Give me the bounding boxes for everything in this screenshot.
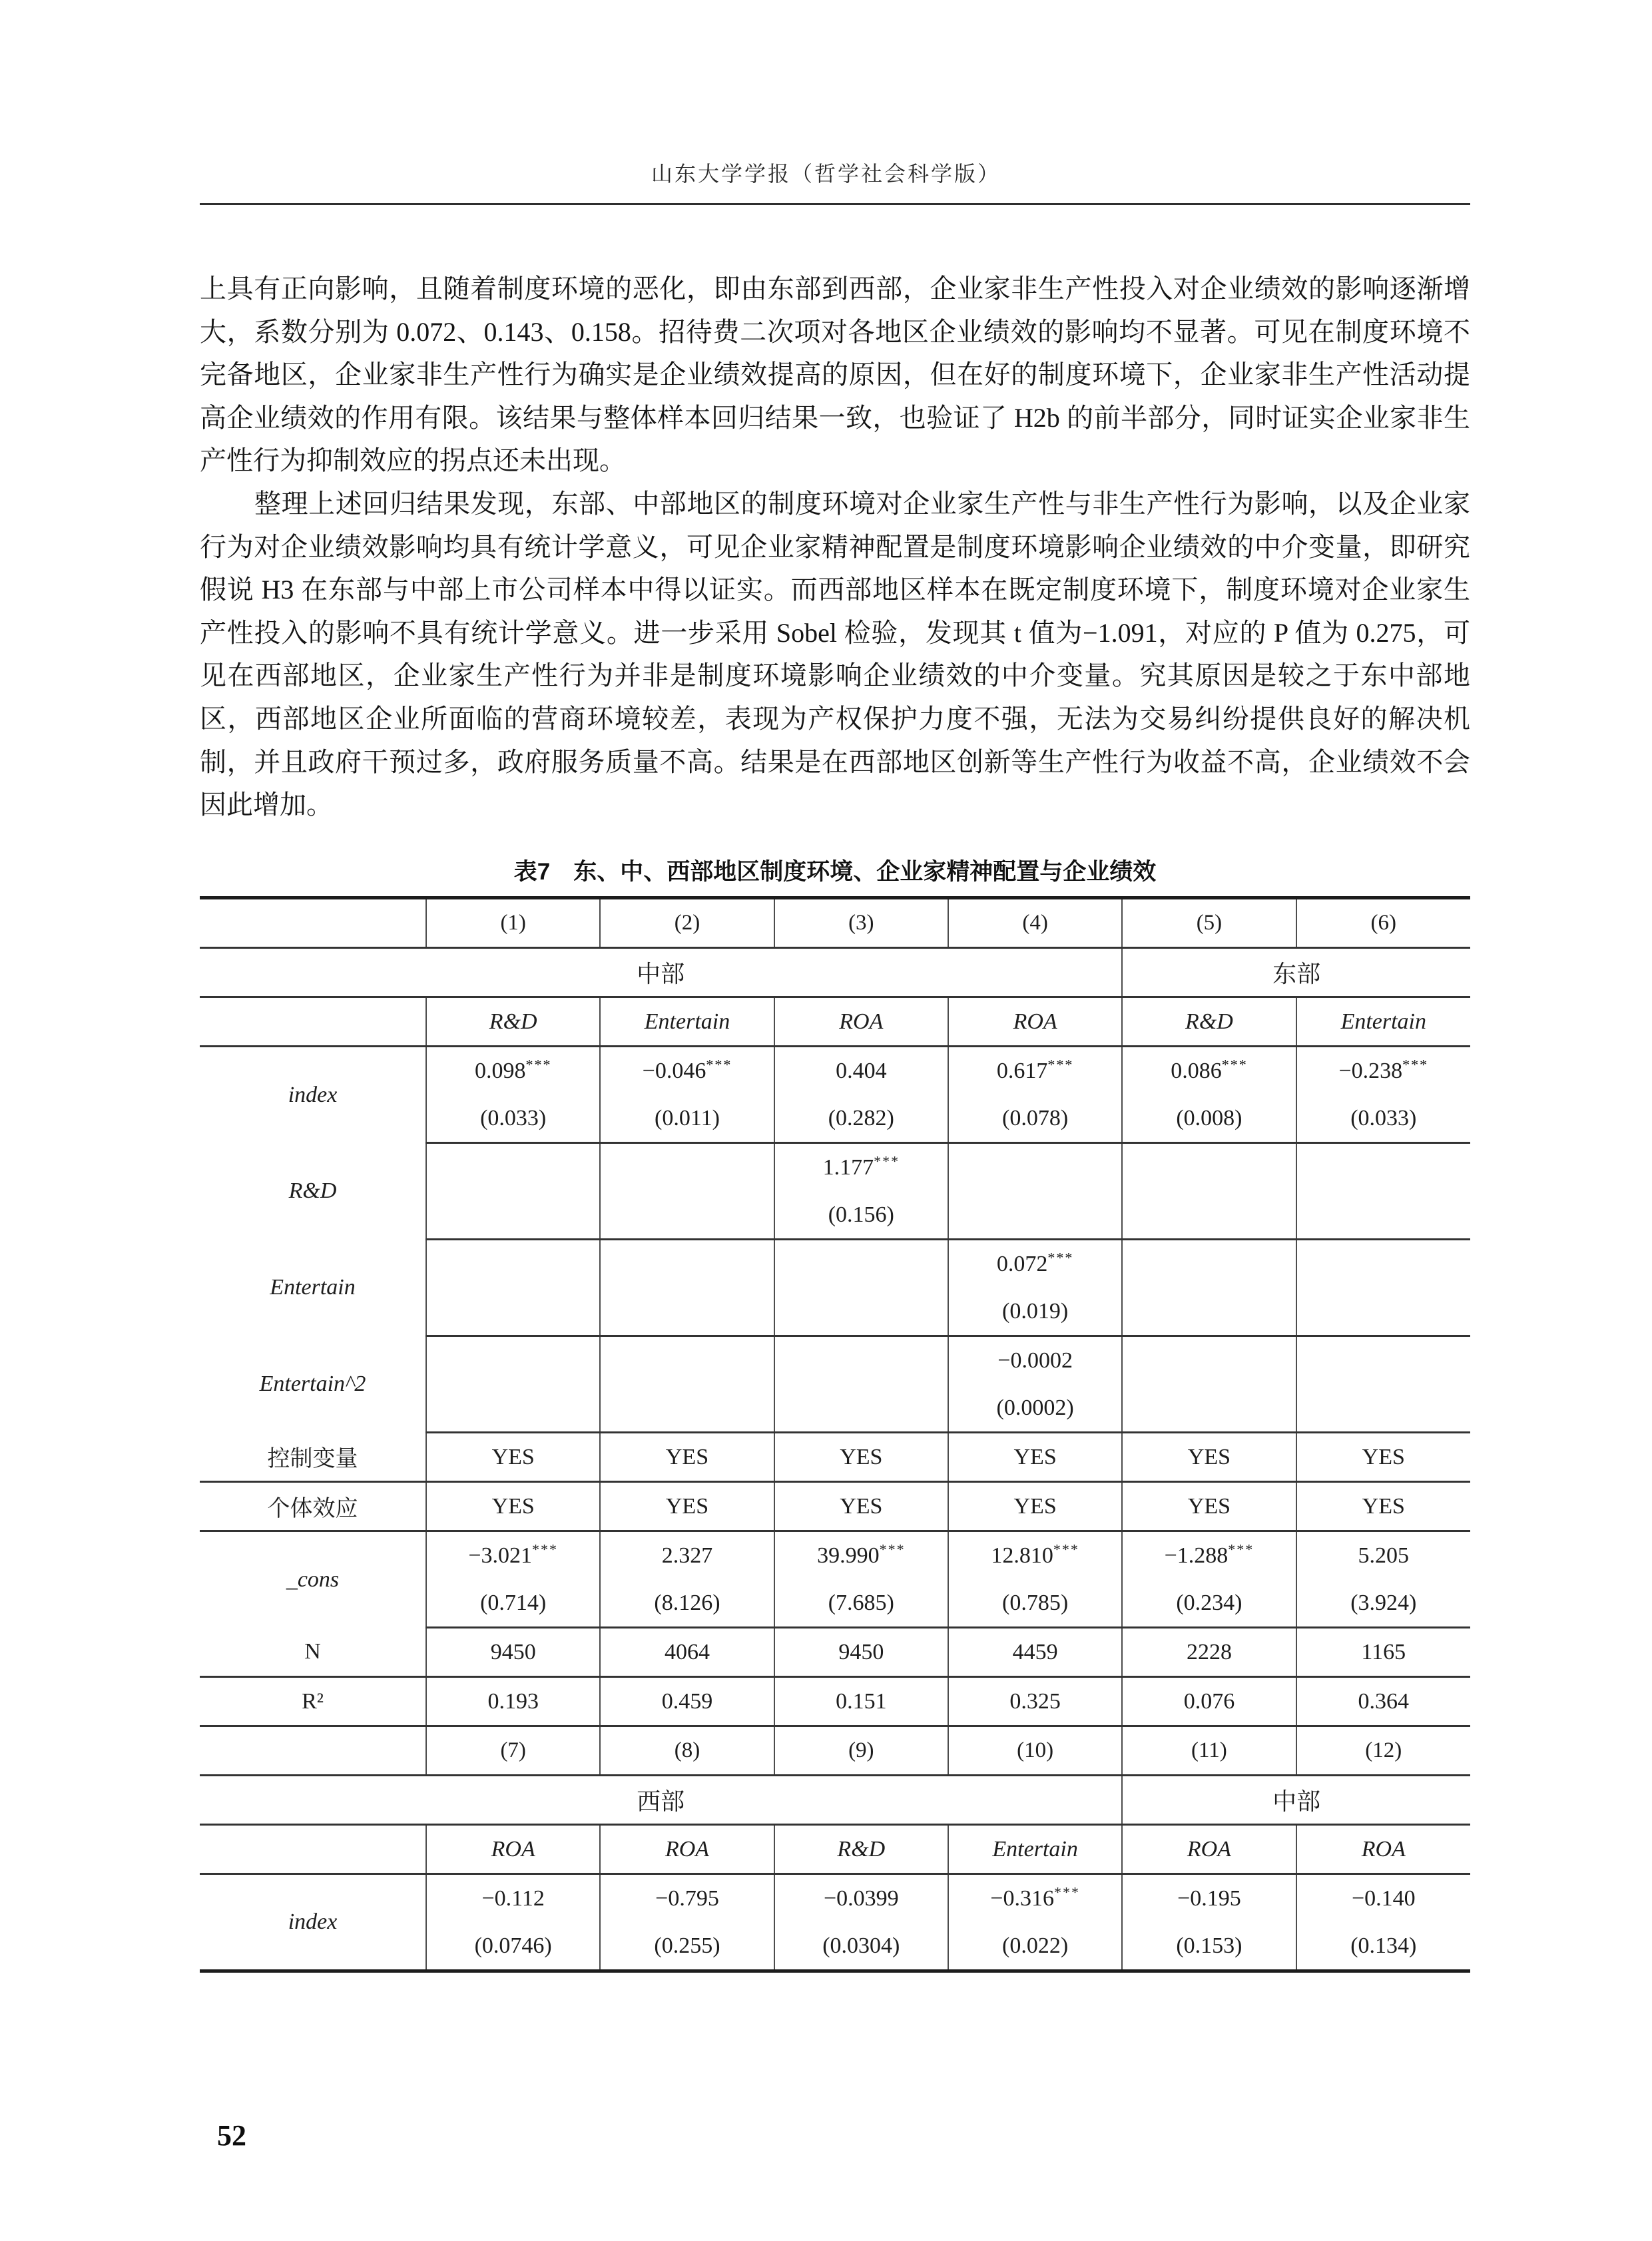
value-cell: 1165 — [1296, 1628, 1470, 1677]
se-cell: (0.011) — [600, 1095, 774, 1143]
coef-cell — [600, 1143, 774, 1192]
coef-cell — [1122, 1143, 1296, 1192]
model-number-cell: (7) — [426, 1726, 600, 1776]
se-cell: (8.126) — [600, 1579, 774, 1628]
value-cell: YES — [426, 1482, 600, 1531]
table-row-single: 控制变量YESYESYESYESYESYES — [200, 1433, 1470, 1482]
row-label-cell: _cons — [200, 1531, 426, 1628]
se-cell: (0.255) — [600, 1922, 774, 1971]
se-cell: (0.153) — [1122, 1922, 1296, 1971]
depvar-cell: Entertain — [1296, 997, 1470, 1047]
se-cell — [426, 1384, 600, 1433]
coef-cell — [600, 1336, 774, 1385]
significance-stars: *** — [1053, 1541, 1079, 1557]
paragraph-1: 上具有正向影响，且随着制度环境的恶化，即由东部到西部，企业家非生产性投入对企业绩… — [200, 268, 1470, 483]
se-cell — [1122, 1191, 1296, 1240]
coef-cell: 1.177*** — [774, 1143, 948, 1192]
row-label-cell: R² — [200, 1677, 426, 1726]
se-cell: (0.714) — [426, 1579, 600, 1628]
value-cell: 4459 — [948, 1628, 1122, 1677]
se-cell — [426, 1191, 600, 1240]
depvar-cell: ROA — [948, 997, 1122, 1047]
header-rule — [200, 203, 1470, 205]
row-label-cell — [200, 997, 426, 1047]
region-label-cell: 东部 — [1122, 948, 1470, 997]
coef-cell: −0.795 — [600, 1874, 774, 1923]
value-cell: YES — [774, 1482, 948, 1531]
model-number-cell: (8) — [600, 1726, 774, 1776]
depvar-cell: ROA — [1296, 1825, 1470, 1874]
coef-cell: 39.990*** — [774, 1531, 948, 1580]
significance-stars: *** — [525, 1056, 551, 1073]
se-cell — [600, 1191, 774, 1240]
significance-stars: *** — [1222, 1056, 1248, 1073]
depvar-cell: ROA — [1122, 1825, 1296, 1874]
value-cell: YES — [600, 1433, 774, 1482]
se-cell — [1296, 1191, 1470, 1240]
table-row-regions: 中部东部 — [200, 948, 1470, 997]
coef-cell — [774, 1240, 948, 1288]
depvar-cell: R&D — [774, 1825, 948, 1874]
value-cell: YES — [426, 1433, 600, 1482]
se-cell — [600, 1288, 774, 1336]
value-cell: 0.364 — [1296, 1677, 1470, 1726]
coef-cell: 0.072*** — [948, 1240, 1122, 1288]
value-cell: 4064 — [600, 1628, 774, 1677]
depvar-cell: R&D — [426, 997, 600, 1047]
value-cell: YES — [1296, 1433, 1470, 1482]
table-row-depvars: ROAROAR&DEntertainROAROA — [200, 1825, 1470, 1874]
se-cell: (0.134) — [1296, 1922, 1470, 1971]
significance-stars: *** — [1054, 1883, 1080, 1900]
paragraph-2: 整理上述回归结果发现，东部、中部地区的制度环境对企业家生产性与非生产性行为影响，… — [200, 483, 1470, 827]
coef-cell — [426, 1336, 600, 1385]
coef-cell: −0.046*** — [600, 1047, 774, 1095]
value-cell: YES — [948, 1482, 1122, 1531]
significance-stars: *** — [532, 1541, 558, 1557]
depvar-cell: ROA — [600, 1825, 774, 1874]
significance-stars: *** — [706, 1056, 732, 1073]
results-table-body: (1)(2)(3)(4)(5)(6)中部东部R&DEntertainROAROA… — [200, 898, 1470, 1971]
body-text-block: 上具有正向影响，且随着制度环境的恶化，即由东部到西部，企业家非生产性投入对企业绩… — [200, 268, 1470, 827]
se-cell: (0.785) — [948, 1579, 1122, 1628]
coef-cell: −3.021*** — [426, 1531, 600, 1580]
se-cell — [774, 1384, 948, 1433]
table-row-models: (1)(2)(3)(4)(5)(6) — [200, 898, 1470, 948]
table-row-models: (7)(8)(9)(10)(11)(12) — [200, 1726, 1470, 1776]
table-row-depvars: R&DEntertainROAROAR&DEntertain — [200, 997, 1470, 1047]
se-cell — [1296, 1288, 1470, 1336]
coef-cell: −0.316*** — [948, 1874, 1122, 1923]
coef-cell: 5.205 — [1296, 1531, 1470, 1580]
se-cell: (0.033) — [426, 1095, 600, 1143]
value-cell: 0.459 — [600, 1677, 774, 1726]
value-cell: YES — [1122, 1433, 1296, 1482]
model-number-cell: (9) — [774, 1726, 948, 1776]
coef-cell — [1122, 1240, 1296, 1288]
coef-cell — [426, 1143, 600, 1192]
journal-header-title: 山东大学学报（哲学社会科学版） — [0, 157, 1652, 188]
table-row-var: index−0.112−0.795−0.0399−0.316***−0.195−… — [200, 1874, 1470, 1923]
se-cell: (0.282) — [774, 1095, 948, 1143]
se-cell: (0.008) — [1122, 1095, 1296, 1143]
table-row-single: R²0.1930.4590.1510.3250.0760.364 — [200, 1677, 1470, 1726]
se-cell: (7.685) — [774, 1579, 948, 1628]
table-row-var: _cons−3.021***2.32739.990***12.810***−1.… — [200, 1531, 1470, 1580]
table-row-var: index0.098***−0.046***0.4040.617***0.086… — [200, 1047, 1470, 1095]
coef-cell — [426, 1240, 600, 1288]
row-label-cell — [200, 1825, 426, 1874]
table-row-var: Entertain^2−0.0002 — [200, 1336, 1470, 1385]
row-label-cell — [200, 1726, 426, 1776]
coef-cell — [1296, 1336, 1470, 1385]
se-cell: (0.022) — [948, 1922, 1122, 1971]
coef-cell: 0.404 — [774, 1047, 948, 1095]
value-cell: 0.076 — [1122, 1677, 1296, 1726]
model-number-cell: (11) — [1122, 1726, 1296, 1776]
depvar-cell: ROA — [426, 1825, 600, 1874]
table-row-var: R&D1.177*** — [200, 1143, 1470, 1192]
table-title: 表7 东、中、西部地区制度环境、企业家精神配置与企业绩效 — [200, 854, 1470, 887]
coef-cell: −0.0002 — [948, 1336, 1122, 1385]
region-label-cell: 中部 — [200, 948, 1122, 997]
value-cell: YES — [1122, 1482, 1296, 1531]
table-row-var: Entertain0.072*** — [200, 1240, 1470, 1288]
table-row-regions: 西部中部 — [200, 1776, 1470, 1825]
depvar-cell: Entertain — [600, 997, 774, 1047]
se-cell — [426, 1288, 600, 1336]
se-cell — [1122, 1288, 1296, 1336]
row-label-cell: 个体效应 — [200, 1482, 426, 1531]
coef-cell — [948, 1143, 1122, 1192]
coef-cell: −0.238*** — [1296, 1047, 1470, 1095]
significance-stars: *** — [874, 1152, 900, 1169]
page-number: 52 — [217, 2118, 246, 2152]
table-row-single: N945040649450445922281165 — [200, 1628, 1470, 1677]
value-cell: YES — [948, 1433, 1122, 1482]
significance-stars: *** — [1402, 1056, 1428, 1073]
se-cell — [774, 1288, 948, 1336]
coef-cell: 0.617*** — [948, 1047, 1122, 1095]
row-label-cell: Entertain^2 — [200, 1336, 426, 1433]
region-label-cell: 西部 — [200, 1776, 1122, 1825]
value-cell: YES — [774, 1433, 948, 1482]
row-label-cell: R&D — [200, 1143, 426, 1240]
se-cell: (0.234) — [1122, 1579, 1296, 1628]
coef-cell: 2.327 — [600, 1531, 774, 1580]
row-label-cell — [200, 898, 426, 948]
row-label-cell: index — [200, 1874, 426, 1971]
coef-cell: −0.140 — [1296, 1874, 1470, 1923]
row-label-cell: 控制变量 — [200, 1433, 426, 1482]
se-cell — [600, 1384, 774, 1433]
region-label-cell: 中部 — [1122, 1776, 1470, 1825]
model-number-cell: (5) — [1122, 898, 1296, 948]
coef-cell: −1.288*** — [1122, 1531, 1296, 1580]
se-cell: (0.156) — [774, 1191, 948, 1240]
significance-stars: *** — [880, 1541, 906, 1557]
se-cell — [1296, 1384, 1470, 1433]
model-number-cell: (3) — [774, 898, 948, 948]
se-cell: (0.0002) — [948, 1384, 1122, 1433]
model-number-cell: (10) — [948, 1726, 1122, 1776]
row-label-cell: N — [200, 1628, 426, 1677]
value-cell: YES — [600, 1482, 774, 1531]
se-cell: (0.0304) — [774, 1922, 948, 1971]
value-cell: 0.325 — [948, 1677, 1122, 1726]
coef-cell: −0.195 — [1122, 1874, 1296, 1923]
row-label-cell: Entertain — [200, 1240, 426, 1336]
model-number-cell: (6) — [1296, 898, 1470, 948]
coef-cell: 0.098*** — [426, 1047, 600, 1095]
coef-cell — [1122, 1336, 1296, 1385]
se-cell: (0.033) — [1296, 1095, 1470, 1143]
model-number-cell: (12) — [1296, 1726, 1470, 1776]
coef-cell: −0.0399 — [774, 1874, 948, 1923]
coef-cell: 0.086*** — [1122, 1047, 1296, 1095]
depvar-cell: Entertain — [948, 1825, 1122, 1874]
depvar-cell: ROA — [774, 997, 948, 1047]
coef-cell: −0.112 — [426, 1874, 600, 1923]
depvar-cell: R&D — [1122, 997, 1296, 1047]
value-cell: 0.193 — [426, 1677, 600, 1726]
significance-stars: *** — [1228, 1541, 1254, 1557]
row-label-cell: index — [200, 1047, 426, 1143]
model-number-cell: (1) — [426, 898, 600, 948]
se-cell: (0.019) — [948, 1288, 1122, 1336]
value-cell: 9450 — [426, 1628, 600, 1677]
se-cell — [948, 1191, 1122, 1240]
coef-cell — [774, 1336, 948, 1385]
value-cell: 9450 — [774, 1628, 948, 1677]
coef-cell: 12.810*** — [948, 1531, 1122, 1580]
model-number-cell: (4) — [948, 898, 1122, 948]
value-cell: YES — [1296, 1482, 1470, 1531]
results-table: (1)(2)(3)(4)(5)(6)中部东部R&DEntertainROAROA… — [200, 896, 1470, 1973]
significance-stars: *** — [1047, 1056, 1073, 1073]
se-cell: (0.0746) — [426, 1922, 600, 1971]
se-cell: (3.924) — [1296, 1579, 1470, 1628]
model-number-cell: (2) — [600, 898, 774, 948]
value-cell: 2228 — [1122, 1628, 1296, 1677]
se-cell: (0.078) — [948, 1095, 1122, 1143]
coef-cell — [1296, 1240, 1470, 1288]
coef-cell — [1296, 1143, 1470, 1192]
value-cell: 0.151 — [774, 1677, 948, 1726]
se-cell — [1122, 1384, 1296, 1433]
coef-cell — [600, 1240, 774, 1288]
table-row-single: 个体效应YESYESYESYESYESYES — [200, 1482, 1470, 1531]
significance-stars: *** — [1047, 1249, 1073, 1266]
